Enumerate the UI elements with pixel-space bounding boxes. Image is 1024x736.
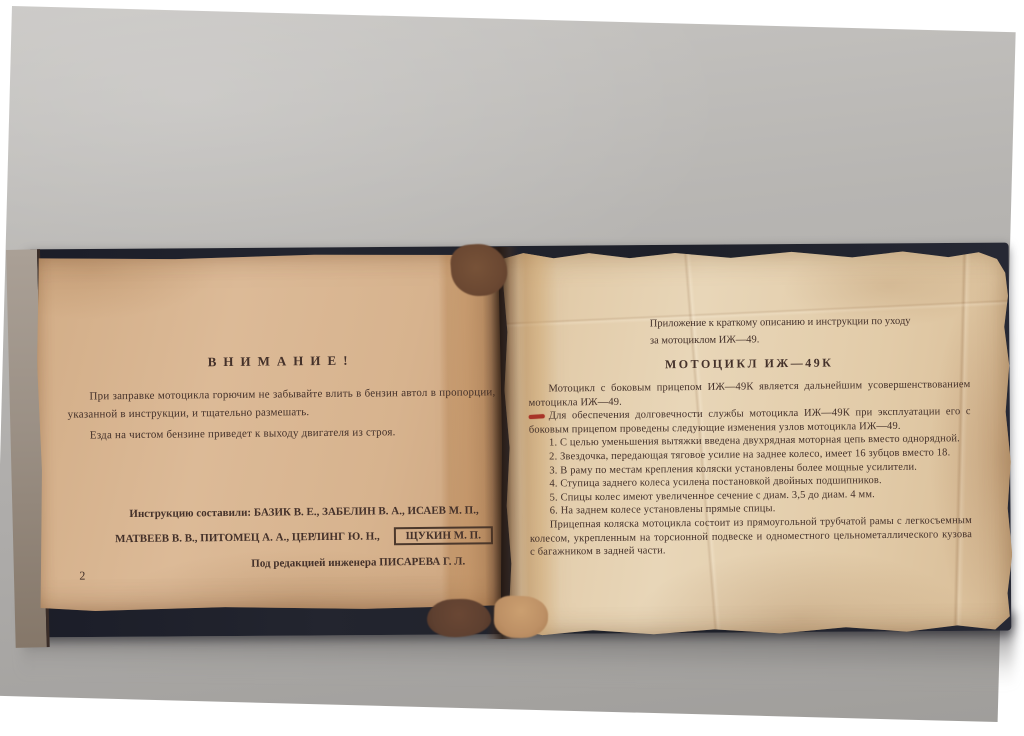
right-page: Приложение к краткому описанию и инструк… (503, 246, 1013, 637)
credits-block: Инструкцию составили: БАЗИК В. Е., ЗАБЕЛ… (69, 498, 500, 578)
photo-stage: ВНИМАНИЕ! При заправке мотоцикла горючим… (0, 0, 1024, 736)
body-paragraph-2-text: Для обеспечения долговечности службы мот… (529, 406, 971, 435)
warning-paragraph-1: При заправке мотоцикла горючим не забыва… (67, 383, 495, 423)
boxed-author-name: ЩУКИН М. П. (394, 526, 493, 545)
left-page: ВНИМАНИЕ! При заправке мотоцикла горючим… (36, 252, 504, 613)
warning-block: ВНИМАНИЕ! При заправке мотоцикла горючим… (67, 351, 496, 444)
warning-heading: ВНИМАНИЕ! (67, 351, 495, 371)
editor-line: Под редакцией инженера ПИСАРЕВА Г. Л. (69, 548, 499, 579)
annotation-line-2: за мотоциклом ИЖ—49. (650, 329, 976, 349)
credits-line-1: Инструкцию составили: БАЗИК В. Е., ЗАБЕЛ… (69, 498, 499, 527)
tape-patch-bottom-mid (493, 595, 548, 638)
appendix-annotation: Приложение к краткому описанию и инструк… (650, 312, 976, 349)
gutter-shadow (482, 247, 521, 639)
credits-names: МАТВЕЕВ В. В., ПИТОМЕЦ А. А., ЦЕРЛИНГ Ю.… (115, 530, 380, 545)
section-heading: МОТОЦИКЛ ИЖ—49К (528, 354, 970, 374)
warning-paragraph-2: Езда на чистом бензине приведет к выходу… (68, 422, 496, 444)
appendix-block: Приложение к краткому описанию и инструк… (528, 312, 973, 559)
body-paragraph-2: Для обеспечения долговечности службы мот… (529, 405, 971, 437)
page-number: 2 (79, 569, 85, 584)
closing-paragraph: Прицепная коляска мотоцикла состоит из п… (530, 514, 972, 559)
red-pencil-mark (529, 414, 545, 419)
photo-of-open-manual: { "colors": { "background": "#ffffff", "… (0, 0, 1024, 736)
